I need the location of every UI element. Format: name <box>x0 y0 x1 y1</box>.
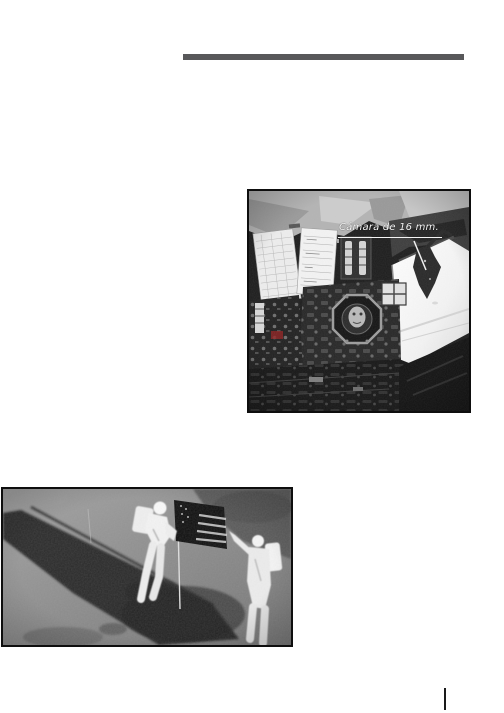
vignette-overlay <box>3 489 291 645</box>
book-page: Cámara de 16 mm. <box>0 0 504 713</box>
moon-flag-photo-image <box>3 489 291 645</box>
footer-mark <box>444 688 446 710</box>
camera-annotation-label: Cámara de 16 mm. <box>338 222 442 238</box>
section-rule <box>183 54 464 60</box>
cockpit-photo: Cámara de 16 mm. <box>247 189 471 413</box>
moon-flag-photo <box>1 487 293 647</box>
